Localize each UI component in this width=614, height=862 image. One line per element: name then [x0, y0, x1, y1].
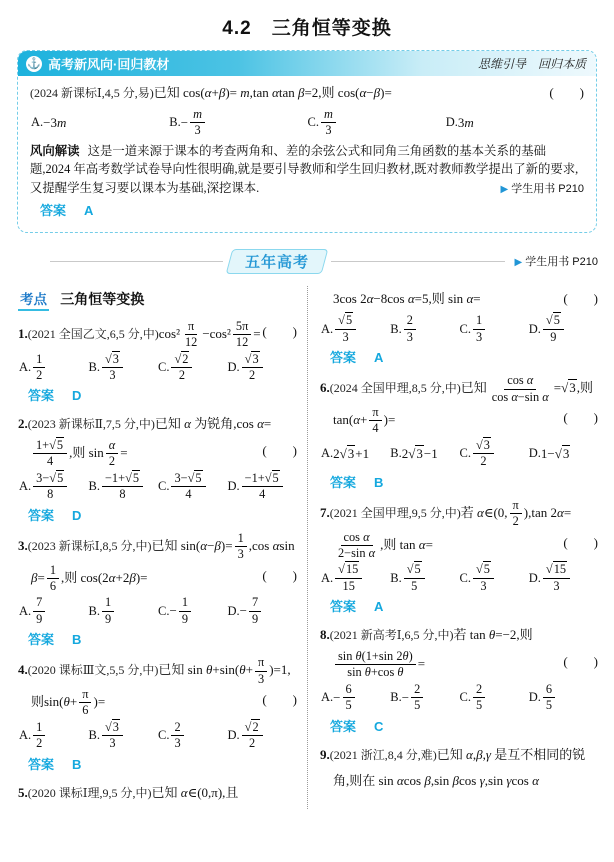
- fraction: 25: [473, 682, 485, 714]
- question-source: (2024 全国甲理,8,5 分,中): [330, 381, 461, 395]
- answer-row: 答案A: [40, 200, 584, 219]
- question-stem: 6.(2024 全国甲理,8,5 分,中)已知cos αcos α−sin α=…: [320, 373, 598, 437]
- options-row: A.79B.19C.−19D.−79: [19, 595, 297, 627]
- fraction-part: 3: [106, 368, 118, 383]
- math-text: −: [333, 690, 340, 706]
- option: C.√32: [460, 438, 529, 470]
- answer-label: 答案: [330, 475, 356, 490]
- fraction-part: 6: [79, 703, 91, 718]
- math-text: −3m: [43, 115, 66, 131]
- math-text: 已知 sin(α−β)=: [151, 538, 232, 553]
- question-source: (2021 全国乙文,6,5 分,中): [28, 327, 159, 341]
- math-text: =: [120, 445, 127, 460]
- fraction: 19: [179, 595, 191, 627]
- fraction-part: π: [185, 319, 197, 335]
- fraction-part: 3: [477, 579, 489, 594]
- fraction-part: 5: [411, 698, 423, 713]
- option-label: A.: [321, 571, 333, 586]
- option-content: √22: [240, 720, 265, 752]
- fraction-part: √3: [102, 352, 123, 368]
- answer-value: B: [72, 632, 81, 647]
- math-text: )=: [93, 694, 105, 709]
- option: B.2√3−1: [390, 438, 459, 470]
- option-label: C.: [158, 728, 169, 743]
- answer-label: 答案: [28, 508, 54, 523]
- option-content: √1515: [333, 562, 364, 594]
- fraction: √32: [473, 438, 494, 470]
- question-stem: 1.(2021 全国乙文,6,5 分,中)cos²π12−cos²5π12=( …: [18, 319, 297, 351]
- fraction: 65: [343, 682, 355, 714]
- math-text: =: [253, 326, 260, 341]
- option: A.12: [19, 352, 89, 384]
- option-content: −1+√54: [240, 471, 285, 503]
- math-text: 若 tan θ=−2,则: [453, 627, 532, 642]
- banner-student-book-ref: ▶学生用书 P210: [515, 253, 598, 269]
- option-label: A.: [19, 360, 31, 375]
- math-text: +1: [355, 446, 369, 462]
- fraction-part: π: [369, 405, 381, 421]
- options-row: A.2√3+1B.2√3−1C.√32D.1−√3: [321, 438, 598, 470]
- fraction-part: 3: [473, 330, 485, 345]
- question: 4.(2020 课标Ⅲ文,5,5 分,中)已知 sin θ+sin(θ+π3)=…: [18, 655, 297, 773]
- math-text: ,则 sin: [69, 445, 104, 460]
- sqrt-radical: √5: [188, 470, 203, 485]
- fraction-part: −1+√5: [102, 471, 143, 487]
- answer-bracket: ( ): [563, 649, 598, 676]
- fraction-part: 1: [102, 595, 114, 611]
- question: (2024 新课标Ⅰ,4,5 分,易)已知 cos(α+β)= m,tan αt…: [30, 80, 584, 139]
- answer-row: 答案D: [28, 385, 297, 404]
- fraction-part: π: [510, 498, 522, 514]
- question-number: 3.: [18, 538, 28, 553]
- fraction: 1+√54: [33, 438, 67, 470]
- fraction-part: √5: [404, 562, 425, 578]
- fraction: π3: [255, 655, 267, 687]
- right-question-list: 3cos 2α−8cos α=5,则 sin α=( )A.√53B.23C.1…: [320, 286, 598, 795]
- fraction-part: 5: [473, 698, 485, 713]
- answer-value: A: [374, 350, 383, 365]
- fraction-part: 1: [33, 352, 45, 368]
- option: A.79: [19, 595, 89, 627]
- option-content: 2√3+1: [333, 446, 369, 462]
- question-number: 4.: [18, 662, 28, 677]
- student-book-ref-text: 学生用书 P210: [511, 183, 584, 195]
- sqrt-radical: √5: [49, 470, 64, 485]
- fraction: 16: [47, 563, 59, 595]
- options-row: A.√1515B.√55C.√53D.√153: [321, 562, 598, 594]
- option-label: D.: [529, 690, 541, 705]
- fraction-part: 3: [106, 736, 118, 751]
- fraction-part: 3: [255, 672, 267, 687]
- question-number: 2.: [18, 416, 28, 431]
- answer-bracket: ( ): [262, 438, 297, 465]
- option: A.12: [19, 720, 89, 752]
- fraction: √53: [335, 313, 356, 345]
- student-book-ref: ▶学生用书 P210: [515, 256, 598, 268]
- fraction-part: 2: [33, 368, 45, 383]
- fraction-part: 7: [33, 595, 45, 611]
- answer-value: D: [72, 508, 81, 523]
- fraction-part: 3−√5: [33, 471, 67, 487]
- question: 3cos 2α−8cos α=5,则 sin α=( )A.√53B.23C.1…: [320, 286, 598, 366]
- analysis-label: 风向解读: [30, 144, 80, 158]
- fraction-part: 9: [249, 612, 261, 627]
- fraction-part: 2: [171, 720, 183, 736]
- fraction-part: 1: [179, 595, 191, 611]
- question-source: (2024 新课标Ⅰ,4,5 分,易): [30, 86, 154, 100]
- fraction-part: cos α: [341, 530, 373, 546]
- sqrt-radical: √3: [105, 719, 120, 734]
- answer-bracket: ( ): [262, 563, 297, 590]
- math-text: 已知 sin θ+sin(θ+: [158, 662, 253, 677]
- option-content: m3: [319, 107, 338, 139]
- fraction-part: 3: [322, 123, 334, 138]
- fraction: √22: [171, 352, 192, 384]
- option-content: √33: [100, 720, 125, 752]
- option-label: C.: [460, 446, 471, 461]
- fraction-part: 5: [408, 579, 420, 594]
- fraction-part: 9: [179, 612, 191, 627]
- banner-line-right: [331, 261, 504, 262]
- fraction-part: 1: [47, 563, 59, 579]
- math-text: −: [240, 603, 247, 619]
- answer-bracket: ( ): [563, 530, 598, 557]
- fraction: α2: [106, 438, 118, 470]
- option-label: C.: [308, 115, 319, 130]
- option-content: 23: [169, 720, 185, 752]
- option-content: 13: [471, 313, 487, 345]
- fraction-part: 2: [404, 313, 416, 329]
- answer-row: 答案A: [330, 347, 598, 366]
- kaodian-badge: 考点: [18, 292, 49, 311]
- option-content: 1−√3: [541, 446, 570, 462]
- fraction-part: 2: [176, 368, 188, 383]
- fraction-part: 4: [44, 454, 56, 469]
- answer-bracket: ( ): [262, 687, 297, 714]
- question-number: 6.: [320, 380, 330, 395]
- question-source: (2021 新高考Ⅰ,6,5 分,中): [330, 628, 454, 642]
- question-number: 1.: [18, 326, 28, 341]
- option: D.3m: [446, 107, 584, 139]
- option-label: D.: [446, 115, 458, 130]
- page: { "colors":{"accent":"#1db2dd","answer":…: [0, 0, 614, 862]
- fraction-part: 5π: [233, 319, 251, 335]
- fraction-part: m: [321, 107, 336, 123]
- question-source: (2020 课标Ⅰ理,9,5 分,中): [28, 786, 152, 800]
- option: A.3−√58: [19, 471, 89, 503]
- math-text: 已知 α∈(0,π),且: [151, 785, 238, 800]
- option: B.−m3: [169, 107, 307, 139]
- option-label: B.: [89, 604, 100, 619]
- fraction: −1+√58: [102, 471, 143, 503]
- option: A.√53: [321, 313, 390, 345]
- options-row: A.−3mB.−m3C.m3D.3m: [31, 107, 584, 139]
- question-source: (2023 新课标Ⅰ,8,5 分,中): [28, 539, 152, 553]
- answer-value: C: [374, 719, 383, 734]
- box-header-label: 高考新风向·回归教材: [48, 54, 169, 73]
- fraction: √55: [404, 562, 425, 594]
- sqrt-radical: √3: [340, 446, 356, 462]
- fraction-part: α: [106, 438, 118, 454]
- fraction-part: √5: [473, 562, 494, 578]
- sqrt-radical: √3: [555, 446, 571, 462]
- option-label: D.: [529, 322, 541, 337]
- option-content: √22: [169, 352, 194, 384]
- option-label: B.: [390, 322, 401, 337]
- math-text: −: [402, 690, 409, 706]
- option-label: D.: [529, 446, 541, 461]
- math-text: =: [554, 380, 561, 395]
- fraction-part: 2: [33, 736, 45, 751]
- option: C.13: [460, 313, 529, 345]
- question: 8.(2021 新高考Ⅰ,6,5 分,中)若 tan θ=−2,则sin θ(1…: [320, 622, 598, 734]
- fraction-part: 3: [235, 547, 247, 562]
- math-text: 3m: [458, 115, 474, 131]
- fraction-part: 2: [246, 736, 258, 751]
- option: B.√55: [390, 562, 459, 594]
- option-content: √53: [333, 313, 358, 345]
- fraction-part: 6: [343, 682, 355, 698]
- banner-line-left: [50, 261, 223, 262]
- sqrt-radical: √15: [546, 561, 567, 576]
- fraction-part: 1+√5: [33, 438, 67, 454]
- option: B.−1+√58: [89, 471, 159, 503]
- option: D.−1+√54: [228, 471, 298, 503]
- option-content: √32: [471, 438, 496, 470]
- answer-bracket: ( ): [563, 286, 598, 313]
- option: D.√153: [529, 562, 598, 594]
- option: C.3−√54: [158, 471, 228, 503]
- option: C.−19: [158, 595, 228, 627]
- fraction-part: 2: [411, 682, 423, 698]
- fraction: π6: [79, 687, 91, 719]
- question-stem: 4.(2020 课标Ⅲ文,5,5 分,中)已知 sin θ+sin(θ+π3)=…: [18, 655, 297, 719]
- option-label: A.: [321, 690, 333, 705]
- option: C.√53: [460, 562, 529, 594]
- fraction: 19: [102, 595, 114, 627]
- fraction: √22: [242, 720, 263, 752]
- left-column: 考点 三角恒等变换 1.(2021 全国乙文,6,5 分,中)cos²π12−c…: [16, 286, 307, 810]
- left-question-list: 1.(2021 全国乙文,6,5 分,中)cos²π12−cos²5π12=( …: [18, 319, 297, 807]
- question-number: 7.: [320, 505, 330, 520]
- fraction: π4: [369, 405, 381, 437]
- math-text: 若 α∈(0,: [461, 505, 508, 520]
- fraction: 5π12: [233, 319, 251, 351]
- box-header-subtitle: 思维引导 回归本质: [478, 55, 586, 72]
- fraction-part: π: [255, 655, 267, 671]
- fraction: π12: [182, 319, 200, 351]
- math-text: ,则 tan α=: [380, 536, 433, 551]
- question-stem: 3.(2023 新课标Ⅰ,8,5 分,中)已知 sin(α−β)=13,cos …: [18, 531, 297, 595]
- arrow-icon: ▶: [515, 257, 523, 268]
- fraction-part: 3: [191, 123, 203, 138]
- analysis-paragraph: 风向解读这是一道来源于课本的考查两角和、差的余弦公式和同角三角函数的基本关系的基…: [30, 142, 584, 198]
- option-content: −19: [169, 595, 193, 627]
- math-text: 已知: [461, 380, 487, 395]
- option: D.√32: [228, 352, 298, 384]
- answer-bracket: ( ): [563, 405, 598, 432]
- option: B.19: [89, 595, 159, 627]
- fraction-part: π: [79, 687, 91, 703]
- answer-label: 答案: [28, 757, 54, 772]
- fraction-part: 3: [171, 736, 183, 751]
- question: 5.(2020 课标Ⅰ理,9,5 分,中)已知 α∈(0,π),且: [18, 780, 297, 807]
- question-stem: 7.(2021 全国甲理,9,5 分,中)若 α∈(0,π2),tan 2α=c…: [320, 498, 598, 562]
- fraction-part: 7: [249, 595, 261, 611]
- sqrt-radical: √3: [561, 379, 577, 395]
- fraction: m3: [190, 107, 205, 139]
- fraction-part: −1+√5: [242, 471, 283, 487]
- question-source: (2021 浙江,8,4 分,难): [330, 748, 437, 762]
- option-content: 3m: [458, 115, 474, 131]
- option-content: 19: [100, 595, 116, 627]
- fraction: m3: [321, 107, 336, 139]
- fraction-part: 9: [102, 612, 114, 627]
- option-label: A.: [19, 728, 31, 743]
- answer-bracket: ( ): [549, 80, 584, 106]
- fraction-part: √15: [335, 562, 362, 578]
- answer-value: A: [84, 203, 93, 218]
- fraction: √32: [242, 352, 263, 384]
- fraction-part: cos α−sin α: [489, 390, 552, 405]
- banner-pill: 五年高考: [226, 249, 329, 274]
- option: D.−79: [228, 595, 298, 627]
- fraction-part: 2: [510, 514, 522, 529]
- fraction: 13: [235, 531, 247, 563]
- fraction-part: √15: [543, 562, 570, 578]
- fraction-part: 2−sin α: [335, 546, 378, 561]
- fraction: 79: [33, 595, 45, 627]
- answer-row: 答案C: [330, 716, 598, 735]
- fraction-part: 6: [47, 579, 59, 594]
- answer-label: 答案: [330, 599, 356, 614]
- fraction-part: √5: [335, 313, 356, 329]
- fraction: √33: [102, 352, 123, 384]
- option: D.√59: [529, 313, 598, 345]
- fraction: √1515: [335, 562, 362, 594]
- arrow-icon: ▶: [501, 184, 509, 195]
- question-stem: 8.(2021 新高考Ⅰ,6,5 分,中)若 tan θ=−2,则sin θ(1…: [320, 622, 598, 680]
- fraction: 3−√54: [171, 471, 205, 503]
- fraction-part: 1: [33, 720, 45, 736]
- sqrt-radical: √15: [338, 561, 359, 576]
- option-label: B.: [390, 446, 401, 461]
- question-source: (2023 新课标Ⅱ,7,5 分,中): [28, 417, 155, 431]
- math-text: −: [169, 603, 176, 619]
- new-trend-box-header: ⚓ 高考新风向·回归教材 思维引导 回归本质: [18, 51, 596, 76]
- question: 9.(2021 浙江,8,4 分,难)已知 α,β,γ 是互不相同的锐角,则在 …: [320, 742, 598, 795]
- option-content: 3−√58: [31, 471, 69, 503]
- option: A.−3m: [31, 107, 169, 139]
- answer-row: 答案B: [330, 472, 598, 491]
- question-source: (2020 课标Ⅲ文,5,5 分,中): [28, 663, 159, 677]
- option-label: D.: [529, 571, 541, 586]
- fraction-part: 3: [550, 579, 562, 594]
- fraction: cos αcos α−sin α: [489, 373, 552, 405]
- sqrt-radical: √2: [174, 351, 189, 366]
- option-content: −65: [333, 682, 357, 714]
- math-text: −1: [424, 446, 438, 462]
- question: 6.(2024 全国甲理,8,5 分,中)已知cos αcos α−sin α=…: [320, 373, 598, 491]
- sqrt-radical: √5: [476, 561, 491, 576]
- option: A.2√3+1: [321, 438, 390, 470]
- answer-value: A: [374, 599, 383, 614]
- fraction-part: 4: [256, 487, 268, 502]
- fraction: 79: [249, 595, 261, 627]
- option-label: D.: [228, 360, 240, 375]
- option: D.65: [529, 682, 598, 714]
- question-number: 5.: [18, 785, 28, 800]
- option: C.√22: [158, 352, 228, 384]
- fraction-part: 15: [340, 579, 358, 594]
- question-stem: 5.(2020 课标Ⅰ理,9,5 分,中)已知 α∈(0,π),且: [18, 780, 297, 807]
- fraction-part: 2: [473, 682, 485, 698]
- option-content: 23: [402, 313, 418, 345]
- fraction-part: cos α: [504, 373, 536, 389]
- sqrt-radical: √5: [407, 561, 422, 576]
- fraction-part: 5: [543, 698, 555, 713]
- sqrt-radical: √5: [125, 470, 140, 485]
- fraction-part: 5: [343, 698, 355, 713]
- fraction: 23: [404, 313, 416, 345]
- fraction: 12: [33, 352, 45, 384]
- fraction-part: √3: [242, 352, 263, 368]
- option-label: A.: [321, 322, 333, 337]
- options-row: A.−65B.−25C.25D.65: [321, 682, 598, 714]
- option-label: D.: [228, 728, 240, 743]
- question: 2.(2023 新课标Ⅱ,7,5 分,中)已知 α 为锐角,cos α=1+√5…: [18, 411, 297, 523]
- math-text: ,则 cos(2α+2β)=: [61, 569, 148, 584]
- five-year-gaokao-banner: 五年高考 ▶学生用书 P210: [50, 249, 598, 274]
- options-row: A.√53B.23C.13D.√59: [321, 313, 598, 345]
- answer-label: 答案: [40, 203, 66, 218]
- fraction-part: 12: [233, 335, 251, 350]
- fraction: √153: [543, 562, 570, 594]
- option-label: B.: [89, 728, 100, 743]
- fraction: 12: [33, 720, 45, 752]
- fraction: √59: [543, 313, 564, 345]
- fraction-part: 2: [246, 368, 258, 383]
- option-label: C.: [158, 604, 169, 619]
- option-label: D.: [228, 604, 240, 619]
- options-row: A.12B.√33C.23D.√22: [19, 720, 297, 752]
- math-text: −cos²: [202, 326, 231, 341]
- math-text: )=: [384, 412, 396, 427]
- new-trend-box: ⚓ 高考新风向·回归教材 思维引导 回归本质 (2024 新课标Ⅰ,4,5 分,…: [17, 50, 597, 233]
- question-columns: 考点 三角恒等变换 1.(2021 全国乙文,6,5 分,中)cos²π12−c…: [0, 286, 614, 810]
- option-content: 25: [471, 682, 487, 714]
- fraction: π2: [510, 498, 522, 530]
- answer-row: 答案B: [28, 754, 297, 773]
- math-text: −: [181, 115, 188, 131]
- option-label: C.: [460, 322, 471, 337]
- option-content: √53: [471, 562, 496, 594]
- intro-question-host: (2024 新课标Ⅰ,4,5 分,易)已知 cos(α+β)= m,tan αt…: [30, 80, 584, 139]
- fraction-part: 3−√5: [171, 471, 205, 487]
- fraction: cos α2−sin α: [335, 530, 378, 562]
- question-number: 8.: [320, 627, 330, 642]
- fraction-part: 1: [235, 531, 247, 547]
- anchor-icon: ⚓: [26, 56, 42, 72]
- sqrt-radical: √2: [245, 719, 260, 734]
- answer-row: 答案B: [28, 629, 297, 648]
- fraction-part: 8: [116, 487, 128, 502]
- sqrt-radical: √3: [245, 351, 260, 366]
- fraction: 3−√58: [33, 471, 67, 503]
- fraction-part: √2: [242, 720, 263, 736]
- math-text: cos²: [159, 326, 180, 341]
- new-trend-box-body: (2024 新课标Ⅰ,4,5 分,易)已知 cos(α+β)= m,tan αt…: [18, 76, 596, 232]
